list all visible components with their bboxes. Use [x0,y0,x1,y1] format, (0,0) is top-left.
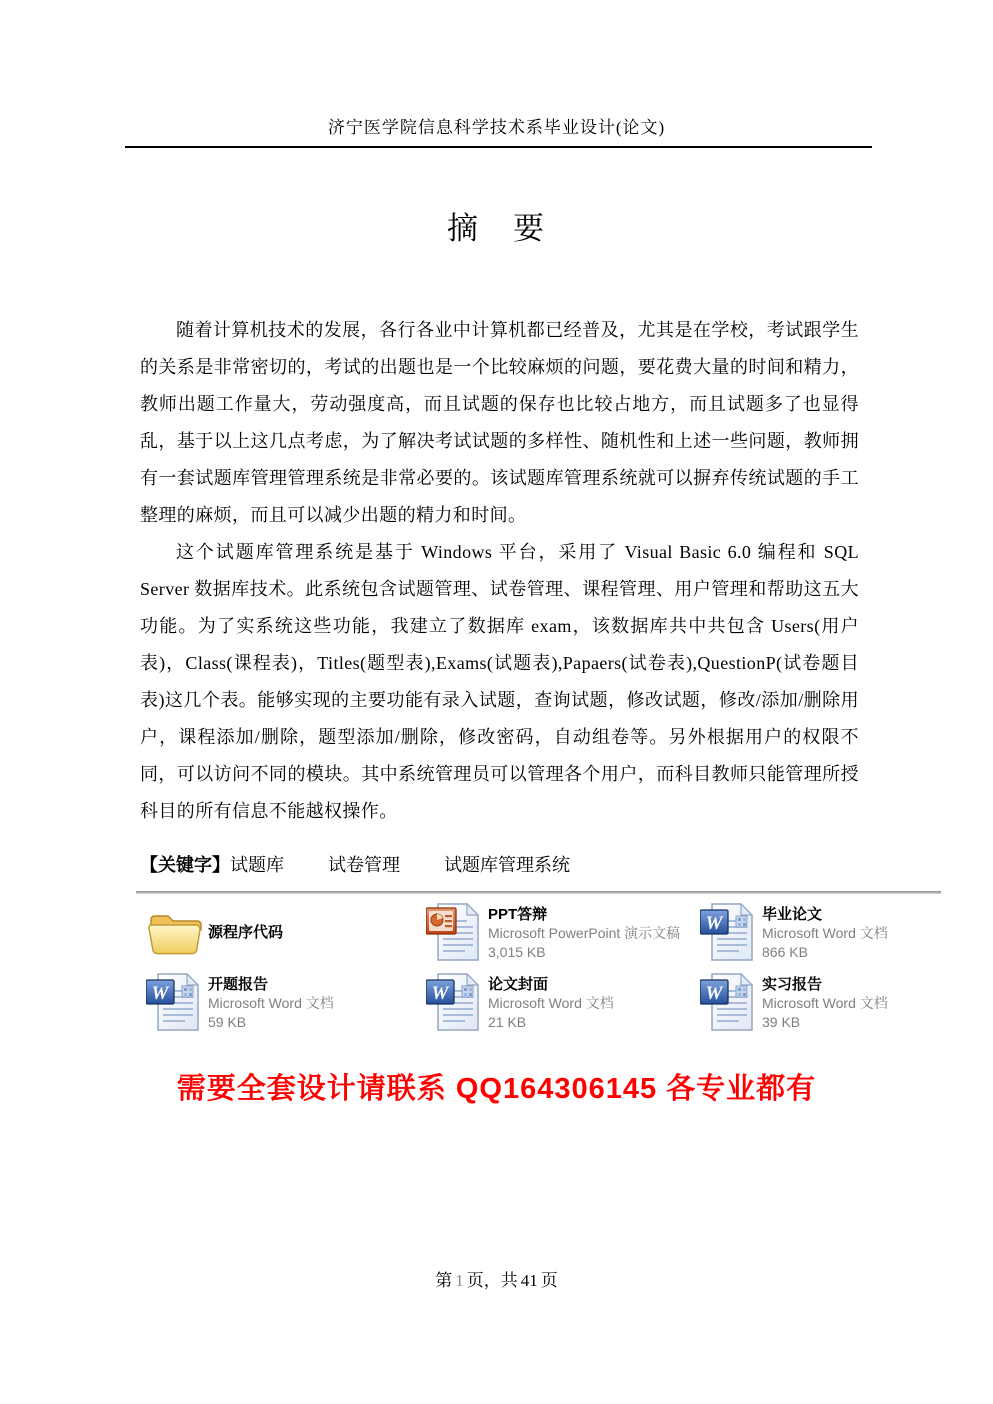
abstract-paragraph-2: 这个试题库管理系统是基于 Windows 平台，采用了 Visual Basic… [140,534,859,830]
footer-part2: 页，共 [467,1271,518,1290]
file-type: Microsoft PowerPoint 演示文稿 [488,925,680,941]
file-name: 源程序代码 [208,924,283,941]
file-name: 论文封面 [488,976,548,993]
keyword-item: 试卷管理 [328,855,400,875]
footer-page-number: 1 [452,1271,467,1290]
keyword-item: 试题库管理系统 [444,855,570,875]
file-tile-opening-report[interactable]: W 开题报告 Microsoft Word 文档 59 KB [146,968,426,1038]
file-tile-ppt-defense[interactable]: PPT答辩 Microsoft PowerPoint 演示文稿 3,015 KB [426,898,700,968]
svg-text:W: W [706,983,724,1004]
file-type: Microsoft Word 文档 [208,995,334,1011]
file-name: 毕业论文 [762,906,822,923]
header-rule [125,146,872,148]
svg-text:W: W [706,913,724,934]
keywords-label: 【关键字】 [140,855,230,875]
abstract-paragraph-1: 随着计算机技术的发展，各行各业中计算机都已经普及，尤其是在学校，考试跟学生的关系… [140,312,859,534]
file-tile-internship-report[interactable]: W 实习报告 Microsoft Word 文档 39 KB [700,968,980,1038]
svg-text:W: W [432,983,450,1004]
document-page: 济宁医学院信息科学技术系毕业设计(论文) 摘 要 随着计算机技术的发展，各行各业… [0,0,993,1404]
word-file-icon: W [146,968,208,1039]
promo-text: 需要全套设计请联系 QQ164306145 各专业都有 [0,1066,993,1107]
footer-part3: 页 [541,1271,558,1290]
page-footer: 第1页，共41页 [0,1266,993,1291]
word-file-icon: W [700,968,762,1039]
svg-text:W: W [152,983,170,1004]
abstract-body: 随着计算机技术的发展，各行各业中计算机都已经普及，尤其是在学校，考试跟学生的关系… [140,312,859,830]
file-type: Microsoft Word 文档 [762,995,888,1011]
folder-icon [146,904,208,963]
file-grid: 源程序代码 PPT答辩 Microsoft PowerPoint 演 [146,898,980,1038]
file-tile-thesis-cover[interactable]: W 论文封面 Microsoft Word 文档 21 KB [426,968,700,1038]
file-tile-graduation-thesis[interactable]: W 毕业论文 Microsoft Word 文档 866 KB [700,898,980,968]
file-size: 59 KB [208,1014,246,1030]
keyword-item: 试题库 [230,855,284,875]
file-size: 21 KB [488,1014,526,1030]
header-title: 济宁医学院信息科学技术系毕业设计(论文) [0,113,993,138]
powerpoint-file-icon [426,898,488,969]
abstract-title: 摘 要 [0,203,993,248]
file-name: 开题报告 [208,976,268,993]
file-tile-source-code[interactable]: 源程序代码 [146,898,426,968]
word-file-icon: W [700,898,762,969]
file-name: 实习报告 [762,976,822,993]
file-name: PPT答辩 [488,906,547,923]
word-file-icon: W [426,968,488,1039]
file-size: 39 KB [762,1014,800,1030]
keywords-line: 【关键字】试题库试卷管理试题库管理系统 [140,851,940,877]
file-type: Microsoft Word 文档 [762,925,888,941]
footer-part1: 第 [435,1271,452,1290]
file-type: Microsoft Word 文档 [488,995,614,1011]
keywords-divider [136,891,941,894]
file-size: 3,015 KB [488,944,546,960]
footer-total-pages: 41 [518,1271,541,1290]
file-size: 866 KB [762,944,808,960]
